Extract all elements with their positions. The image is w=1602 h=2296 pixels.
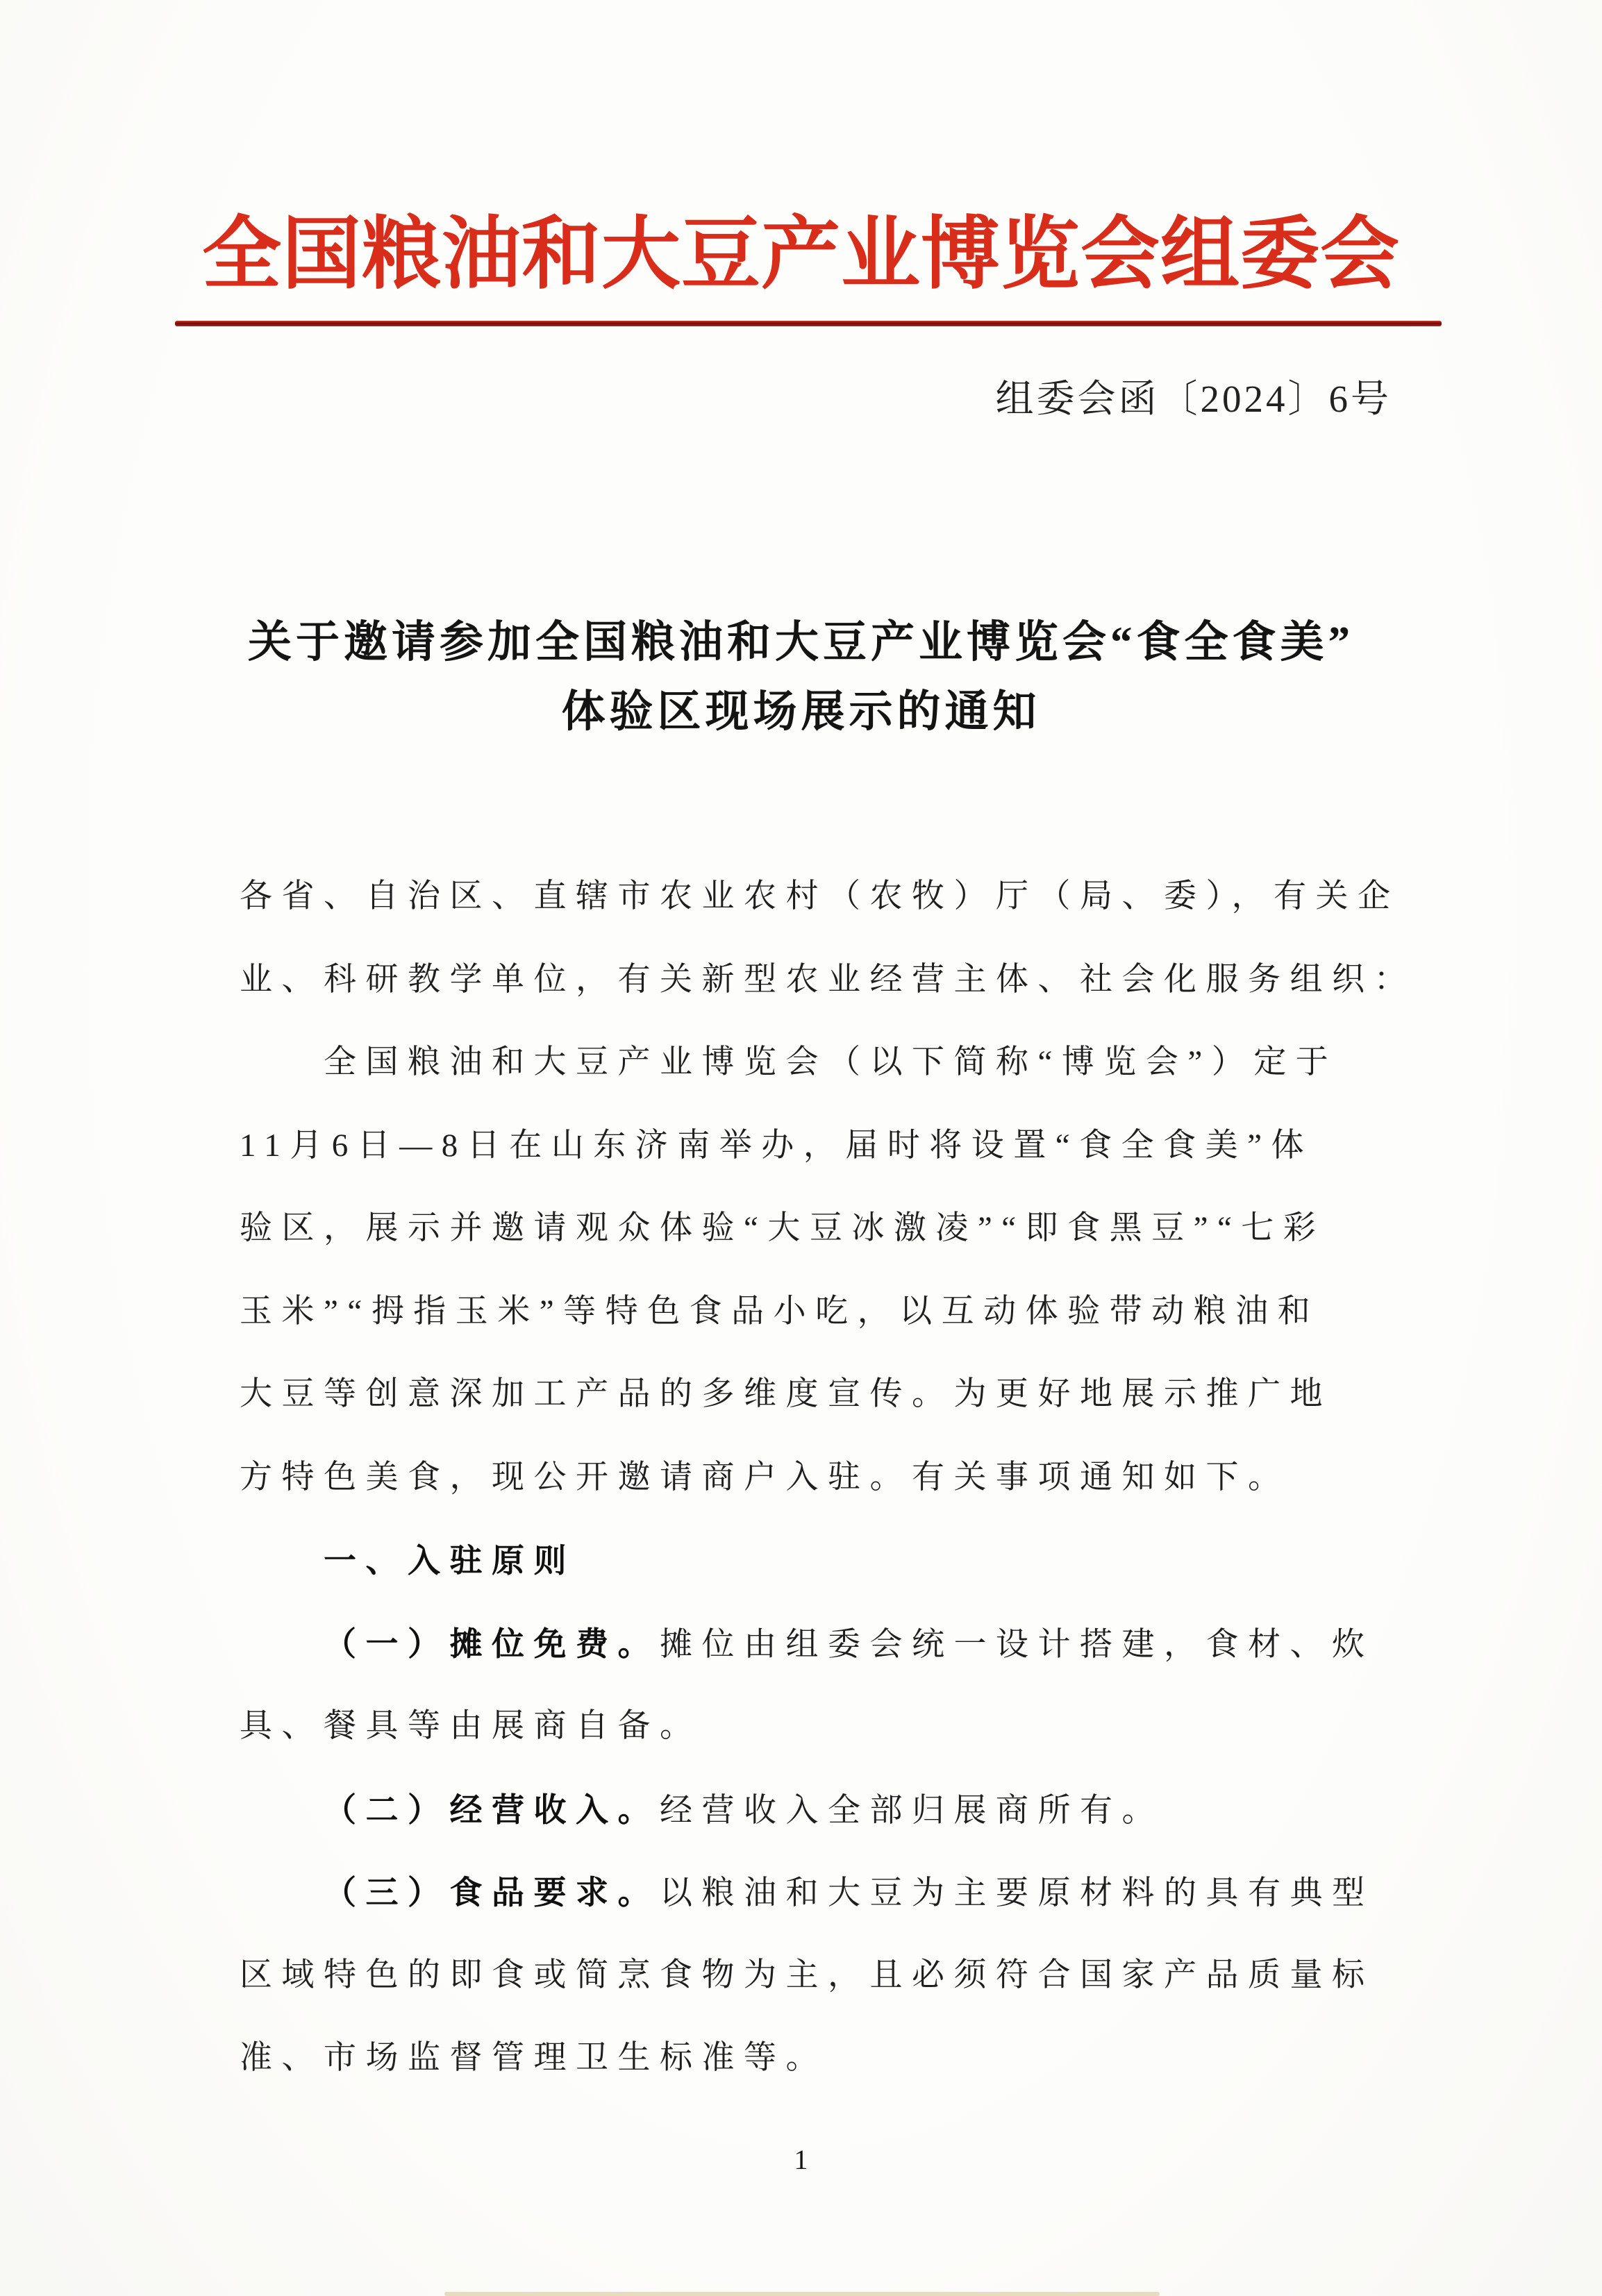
body-line: 验区，展示并邀请观众体验“大豆冰激凌”“即食黑豆”“七彩 xyxy=(240,1187,1428,1271)
body-line: （二）经营收入。经营收入全部归展商所有。 xyxy=(240,1768,1428,1852)
body-line: 一、入驻原则 xyxy=(240,1519,1428,1602)
doc-number: 组委会函〔2024〕6号 xyxy=(995,377,1392,421)
body-line: 业、科研教学单位，有关新型农业经营主体、社会化服务组织： xyxy=(240,939,1428,1022)
body-text-run: 全国粮油和大豆产业博览会（以下简称“博览会”）定于 xyxy=(324,1044,1337,1080)
body-line: 全国粮油和大豆产业博览会（以下简称“博览会”）定于 xyxy=(240,1021,1428,1105)
bold-run: （一）摊位免费。 xyxy=(324,1625,660,1662)
body-line: 玉米”“拇指玉米”等特色食品小吃，以互动体验带动粮油和 xyxy=(240,1271,1428,1354)
body-text-run: 方特色美食，现公开邀请商户入驻。有关事项通知如下。 xyxy=(240,1459,1290,1495)
red-divider-line xyxy=(175,321,1442,326)
page-number: 1 xyxy=(0,2144,1602,2176)
scan-edge-artifact xyxy=(444,2292,1160,2296)
body-line: 各省、自治区、直辖市农业农村（农牧）厅（局、委），有关企 xyxy=(240,855,1428,939)
notice-title-line1: 关于邀请参加全国粮油和大豆产业博览会“食全食美” xyxy=(0,615,1602,669)
body-line: 准、市场监督管理卫生标准等。 xyxy=(240,2017,1428,2100)
body-text-run: 具、餐具等由展商自备。 xyxy=(240,1708,702,1744)
body-text-run: 区域特色的即食或简烹食物为主，且必须符合国家产品质量标 xyxy=(240,1957,1374,1993)
body-line: 区域特色的即食或简烹食物为主，且必须符合国家产品质量标 xyxy=(240,1934,1428,2018)
body-line: 具、餐具等由展商自备。 xyxy=(240,1685,1428,1768)
body-text-run: 玉米”“拇指玉米”等特色食品小吃，以互动体验带动粮油和 xyxy=(240,1293,1319,1330)
bold-run: （三）食品要求。 xyxy=(324,1874,660,1911)
bold-run: （二）经营收入。 xyxy=(324,1791,660,1828)
scanned-document-page: 全国粮油和大豆产业博览会组委会 组委会函〔2024〕6号 关于邀请参加全国粮油和… xyxy=(0,0,1602,2296)
body-text-run: 以粮油和大豆为主要原材料的具有典型 xyxy=(660,1875,1374,1911)
body-text-run: 业、科研教学单位，有关新型农业经营主体、社会化服务组织： xyxy=(240,962,1416,998)
notice-title-line2: 体验区现场展示的通知 xyxy=(0,685,1602,739)
body-line: 11月6日—8日在山东济南举办，届时将设置“食全食美”体 xyxy=(240,1105,1428,1188)
body-text-run: 经营收入全部归展商所有。 xyxy=(660,1793,1164,1829)
body-line: 大豆等创意深加工产品的多维度宣传。为更好地展示推广地 xyxy=(240,1353,1428,1436)
letterhead-org-name: 全国粮油和大豆产业博览会组委会 xyxy=(0,212,1602,297)
body-text-run: 大豆等创意深加工产品的多维度宣传。为更好地展示推广地 xyxy=(240,1376,1332,1412)
document-body: 各省、自治区、直辖市农业农村（农牧）厅（局、委），有关企业、科研教学单位，有关新… xyxy=(240,855,1428,2100)
body-text-run: 验区，展示并邀请观众体验“大豆冰激凌”“即食黑豆”“七彩 xyxy=(240,1210,1325,1246)
body-text-run: 各省、自治区、直辖市农业农村（农牧）厅（局、委），有关企 xyxy=(240,878,1400,914)
body-line: 方特色美食，现公开邀请商户入驻。有关事项通知如下。 xyxy=(240,1436,1428,1520)
body-text-run: 准、市场监督管理卫生标准等。 xyxy=(240,2040,828,2076)
body-text-run: 11月6日—8日在山东济南举办，届时将设置“食全食美”体 xyxy=(240,1128,1313,1164)
body-line: （三）食品要求。以粮油和大豆为主要原材料的具有典型 xyxy=(240,1851,1428,1934)
body-text-run: 摊位由组委会统一设计搭建，食材、炊 xyxy=(660,1627,1374,1663)
body-line: （一）摊位免费。摊位由组委会统一设计搭建，食材、炊 xyxy=(240,1602,1428,1686)
bold-run: 一、入驻原则 xyxy=(324,1542,576,1579)
